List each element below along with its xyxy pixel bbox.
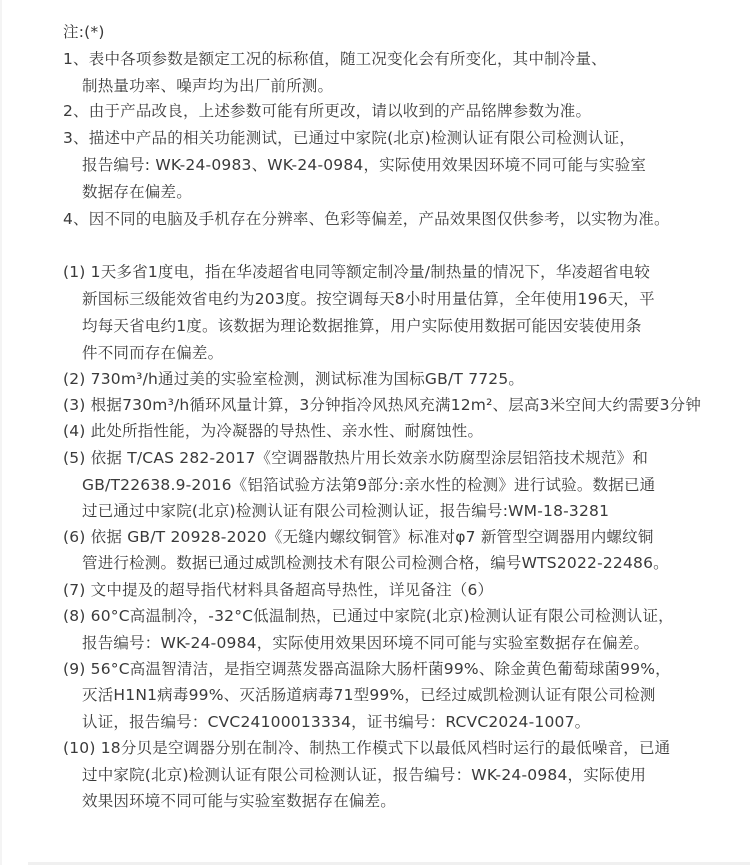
footnote-6-line-1: (6) 依据 GB/T 20928-2020《无缝内螺纹铜管》标准对φ7 新管型… [63,527,654,547]
footnote-5-line-1: (5) 依据 T/CAS 282-2017《空调器散热片用长效亲水防腐型涂层铝箔… [63,448,648,468]
footnote-1-line-4: 件不同而存在偏差。 [82,343,223,363]
notes-document: 注:(*) 1、表中各项参数是额定工况的标称值，随工况变化会有所变化，其中制冷量… [0,0,750,865]
note-2-line-1: 2、由于产品改良，上述参数可能有所更改，请以收到的产品铭牌参数为准。 [63,101,591,121]
footnote-7-line-1: (7) 文中提及的超导指代材料具备超高导热性，详见备注（6） [63,580,493,600]
footnote-8-line-2: 报告编号：WK-24-0984，实际使用效果因环境不同可能与实验室数据存在偏差。 [82,633,649,653]
footnote-9-line-1: (9) 56°C高温智清洁，是指空调蒸发器高温除大肠杆菌99%、除金黄色葡萄球菌… [63,659,671,679]
footnote-3-line-1: (3) 根据730m³/h循环风量计算，3分钟指冷风热风充满12m²、层高3米空… [63,395,701,415]
note-3-line-1: 3、描述中产品的相关功能测试，已通过中家院(北京)检测认证有限公司检测认证， [63,128,635,148]
note-3-line-2: 报告编号: WK-24-0983、WK-24-0984，实际使用效果因环境不同可… [82,155,646,175]
footnote-9-line-3: 认证，报告编号：CVC24100013334，证书编号：RCVC2024-100… [82,712,590,732]
footnote-10-line-3: 效果因环境不同可能与实验室数据存在偏差。 [82,791,396,811]
footnote-5-line-2: GB/T22638.9-2016《铝箔试验方法第9部分:亲水性的检测》进行试验。… [82,475,655,495]
left-edge-divider [0,0,2,865]
footnote-9-line-2: 灭活H1N1病毒99%、灭活肠道病毒71型99%，已经过威凯检测认证有限公司检测 [82,685,656,705]
footnote-8-line-1: (8) 60°C高温制冷，-32°C低温制热，已通过中家院(北京)检测认证有限公… [63,606,674,626]
notes-title: 注:(*) [63,22,105,42]
footnote-5-line-3: 过已通过中家院(北京)检测认证有限公司检测认证，报告编号:WM-18-3281 [82,501,609,521]
footnote-2-line-1: (2) 730m³/h通过美的实验室检测，测试标准为国标GB/T 7725。 [63,369,524,389]
footnote-6-line-2: 管进行检测。数据已通过威凯检测技术有限公司检测合格，编号WTS2022-2248… [82,553,669,573]
footnote-1-line-1: (1) 1天多省1度电，指在华凌超省电同等额定制冷量/制热量的情况下，华凌超省电… [63,262,650,282]
footnote-1-line-3: 均每天省电约1度。该数据为理论数据推算，用户实际使用数据可能因安装使用条 [82,316,642,336]
note-4-line-1: 4、因不同的电脑及手机存在分辨率、色彩等偏差，产品效果图仅供参考，以实物为准。 [63,209,670,229]
footnote-10-line-1: (10) 18分贝是空调器分别在制冷、制热工作模式下以最低风档时运行的最低噪音，… [63,738,670,758]
footnote-1-line-2: 新国标三级能效省电约为203度。按空调每天8小时用量估算，全年使用196天，平 [82,289,655,309]
note-1-line-1: 1、表中各项参数是额定工况的标称值，随工况变化会有所变化，其中制冷量、 [63,49,607,69]
footnote-10-line-2: 过中家院(北京)检测认证有限公司检测认证，报告编号：WK-24-0984，实际使… [82,765,646,785]
note-3-line-3: 数据存在偏差。 [82,182,192,202]
note-1-line-2: 制热量功率、噪声均为出厂前所测。 [82,76,333,96]
footnote-4-line-1: (4) 此处所指性能，为冷凝器的导热性、亲水性、耐腐蚀性。 [63,421,483,441]
